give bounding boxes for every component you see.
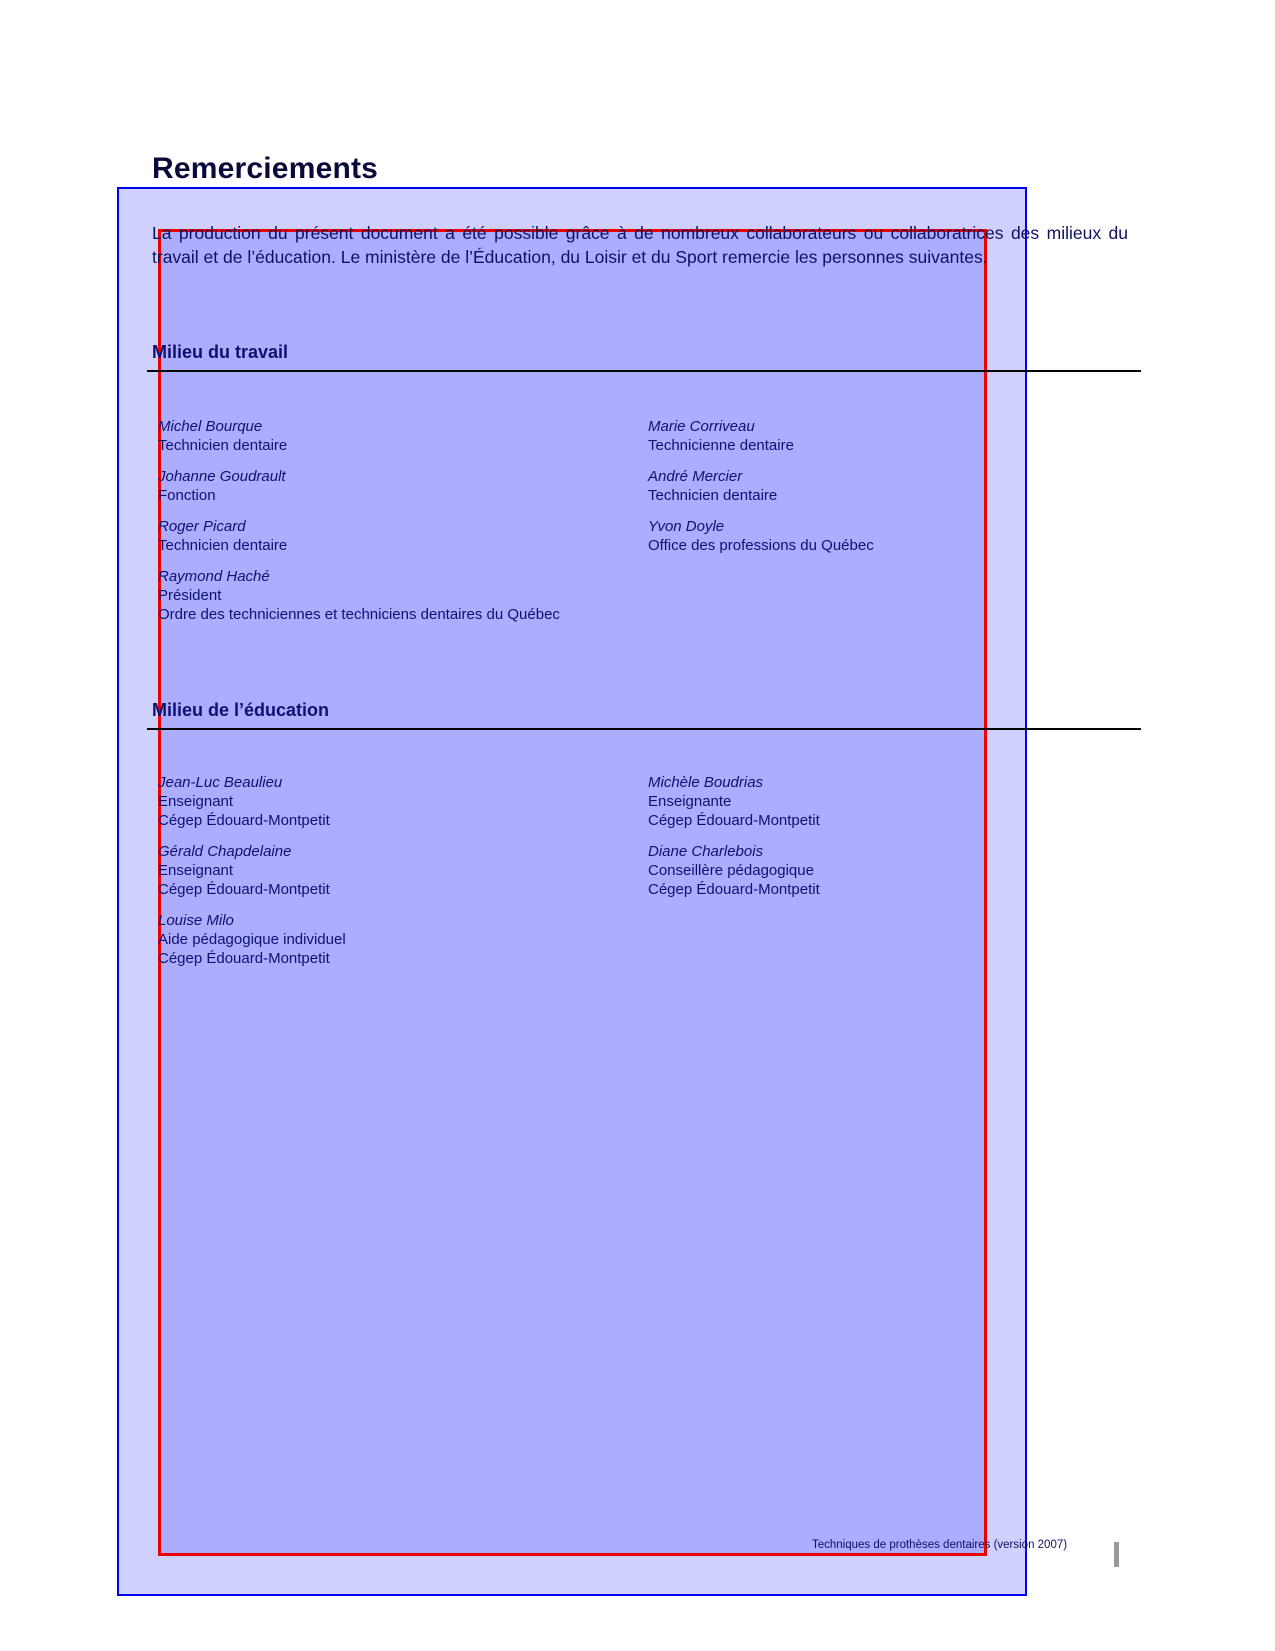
contributor-detail: Technicienne dentaire <box>648 436 794 455</box>
contributor-name: Roger Picard <box>158 517 287 536</box>
contributor-entry: Louise MiloAide pédagogique individuelCé… <box>158 911 346 968</box>
contributor-detail: Cégep Édouard-Montpetit <box>158 949 346 968</box>
contributor-detail: Fonction <box>158 486 286 505</box>
contributor-detail: Aide pédagogique individuel <box>158 930 346 949</box>
contributor-entry: André MercierTechnicien dentaire <box>648 467 777 505</box>
contributor-name: Louise Milo <box>158 911 346 930</box>
contributor-name: Johanne Goudrault <box>158 467 286 486</box>
contributor-detail: Enseignant <box>158 861 330 880</box>
contributor-detail: Président <box>158 586 560 605</box>
contributor-name: Michèle Boudrias <box>648 773 820 792</box>
contributor-entry: Marie CorriveauTechnicienne dentaire <box>648 417 794 455</box>
contributor-entry: Jean-Luc BeaulieuEnseignantCégep Édouard… <box>158 773 330 830</box>
contributor-detail: Ordre des techniciennes et techniciens d… <box>158 605 560 624</box>
contributor-entry: Johanne GoudraultFonction <box>158 467 286 505</box>
contributor-name: André Mercier <box>648 467 777 486</box>
contributor-name: Raymond Haché <box>158 567 560 586</box>
contributor-name: Marie Corriveau <box>648 417 794 436</box>
contributor-name: Jean-Luc Beaulieu <box>158 773 330 792</box>
contributor-name: Gérald Chapdelaine <box>158 842 330 861</box>
contributor-detail: Cégep Édouard-Montpetit <box>158 811 330 830</box>
section-rule <box>147 728 1141 730</box>
contributor-entry: Raymond HachéPrésidentOrdre des technici… <box>158 567 560 624</box>
contributor-detail: Cégep Édouard-Montpetit <box>648 880 820 899</box>
contributor-detail: Cégep Édouard-Montpetit <box>648 811 820 830</box>
contributor-detail: Technicien dentaire <box>648 486 777 505</box>
contributor-detail: Conseillère pédagogique <box>648 861 820 880</box>
page-footer: Techniques de prothèses dentaires (versi… <box>812 1539 1067 1551</box>
section-title-education: Milieu de l’éducation <box>152 700 329 721</box>
contributor-name: Diane Charlebois <box>648 842 820 861</box>
contributor-entry: Roger PicardTechnicien dentaire <box>158 517 287 555</box>
contributor-entry: Diane CharleboisConseillère pédagogiqueC… <box>648 842 820 899</box>
contributor-name: Yvon Doyle <box>648 517 874 536</box>
contributor-name: Michel Bourque <box>158 417 287 436</box>
contributor-entry: Michel BourqueTechnicien dentaire <box>158 417 287 455</box>
contributor-detail: Technicien dentaire <box>158 436 287 455</box>
contributor-detail: Office des professions du Québec <box>648 536 874 555</box>
contributor-entry: Michèle BoudriasEnseignanteCégep Édouard… <box>648 773 820 830</box>
contributor-detail: Technicien dentaire <box>158 536 287 555</box>
contributor-entry: Yvon DoyleOffice des professions du Québ… <box>648 517 874 555</box>
intro-paragraph: La production du présent document a été … <box>152 222 1128 269</box>
contributor-detail: Cégep Édouard-Montpetit <box>158 880 330 899</box>
section-title-travail: Milieu du travail <box>152 342 288 363</box>
contributor-entry: Gérald ChapdelaineEnseignantCégep Édouar… <box>158 842 330 899</box>
contributor-detail: Enseignant <box>158 792 330 811</box>
contributor-detail: Enseignante <box>648 792 820 811</box>
page-title: Remerciements <box>152 152 378 186</box>
page-marker <box>1114 1542 1119 1567</box>
section-rule <box>147 370 1141 372</box>
